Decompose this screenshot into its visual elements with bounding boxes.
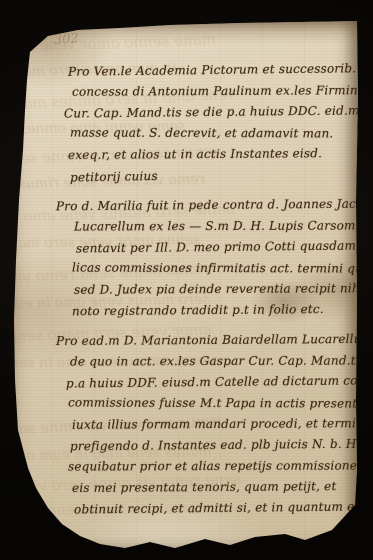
manuscript-line: concessa di Antonium Paulinum ex.les Fir… — [72, 80, 352, 102]
manuscript-line: Pro d. Marilia fuit in pede contra d. Jo… — [56, 194, 352, 218]
photo-stage: mano senno amor vene seroin eum omne ser… — [0, 0, 373, 560]
manuscript-line: petitorij cuius — [70, 163, 352, 189]
paragraph: Pro Ven.le Academia Pictorum et successo… — [56, 60, 352, 186]
folio-number-ghost: 302 — [54, 31, 80, 48]
manuscript-line: Cur. Cap. Mand.tis se die p.a huius DDC.… — [64, 100, 352, 124]
manuscript-line: sentavit per Ill. D. meo primo Cotti qua… — [76, 236, 352, 260]
manuscript-line: sequibatur prior et alias repetijs commi… — [68, 456, 352, 478]
manuscript-line: prefigendo d. Instantes ead. plb juicis … — [70, 434, 352, 457]
manuscript-line: licas commissiones infirmitatis act. ter… — [72, 258, 352, 280]
manuscript-line: Pro ead.m D. Mariantonia Baiardellam Luc… — [56, 329, 352, 352]
manuscript-line: iuxta illius formam mandari procedi, et … — [72, 413, 352, 435]
manuscript-line: de quo in act. ex.les Gaspar Cur. Cap. M… — [70, 351, 352, 373]
manuscript-line: obtinuit recipi, et admitti si, et in qu… — [74, 497, 352, 521]
manuscript-line: masse quat. S. decrevit, et adamavit man… — [70, 123, 352, 145]
manuscript-page: mano senno amor vene seroin eum omne ser… — [10, 18, 358, 552]
manuscript-line: p.a huius DDF. eiusd.m Catelle ad dictar… — [66, 371, 352, 395]
manuscript-line: Pro Ven.le Academia Pictorum et successo… — [68, 58, 352, 82]
paragraph: Pro ead.m D. Mariantonia Baiardellam Luc… — [56, 330, 352, 519]
manuscript-line: noto registrando tradidit p.t in folio e… — [72, 299, 352, 322]
paragraph: Pro d. Marilia fuit in pede contra d. Jo… — [56, 195, 352, 321]
manuscript-line: commissiones fuisse M.t Papa in actis pr… — [68, 393, 352, 415]
manuscript-line: sed D. Judex pia deinde reverentia recip… — [74, 278, 352, 300]
manuscript-line: eis mei presentata tenoris, quam petijt,… — [72, 476, 352, 499]
manuscript-line: Lucarellum ex les — S.m D. H. Lupis Cars… — [74, 216, 352, 238]
manuscript-text: Pro Ven.le Academia Pictorum et successo… — [56, 60, 352, 528]
verso-showthrough-line: mano senno amor vene sero — [2, 30, 216, 55]
